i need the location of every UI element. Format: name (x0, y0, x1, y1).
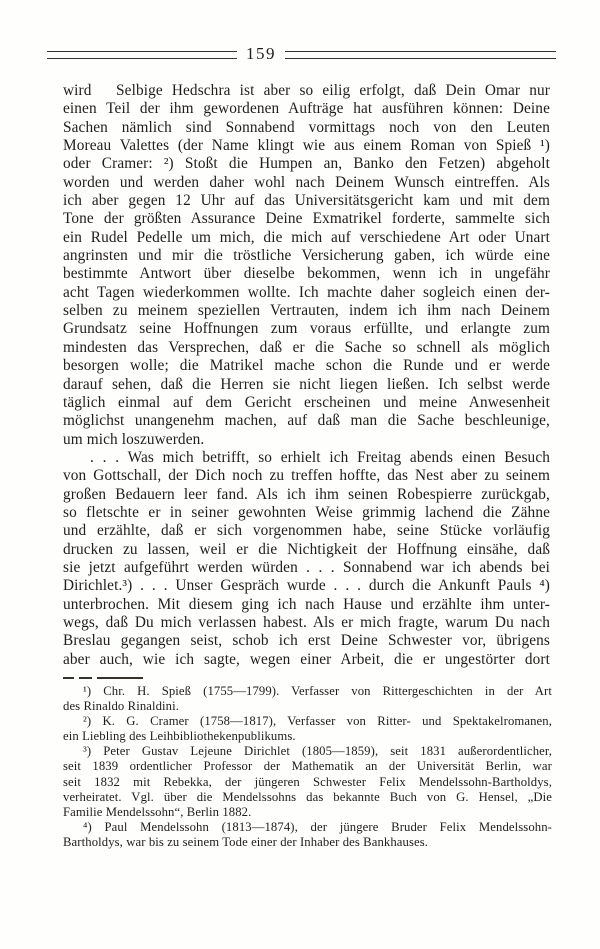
paragraph: ²) K. G. Cramer (1758—1817), Verfasser v… (63, 714, 552, 744)
text-line: ich aber gegen 12 Uhr auf das Universitä… (63, 192, 550, 210)
text-line: sie jetzt aufgeführt werden würden . . .… (63, 559, 550, 577)
text-line: bestimmte Antwort über dieselbe bekommen… (63, 265, 550, 283)
paragraph: ⁴) Paul Mendelssohn (1813—1874), der jün… (63, 820, 552, 850)
text-line: selben zu meinem speziellen Vertrauten, … (63, 302, 550, 320)
text-line: ²) K. G. Cramer (1758—1817), Verfasser v… (63, 714, 552, 729)
paragraph: wird Selbige Hedschra ist aber so eilig … (63, 82, 550, 449)
text-line: seit 1832 mit Rebekka, der jüngeren Schw… (63, 775, 552, 790)
footnote-separator (63, 677, 143, 679)
text-line: so fletschte er in seiner gewohnten Weis… (63, 504, 550, 522)
text-line: wird Selbige Hedschra ist aber so eilig … (63, 82, 550, 100)
paragraph: . . . Was mich betrifft, so erhielt ich … (63, 449, 550, 669)
text-line: oder Cramer: ²) Stoßt die Humpen an, Ban… (63, 155, 550, 173)
text-line: verheiratet. Vgl. über die Mendelssohns … (63, 790, 552, 805)
text-line: Bartholdys, war bis zu seinem Tode einer… (63, 835, 552, 850)
text-line: ein Liebling des Leihbibliothekenpubliku… (63, 729, 552, 744)
text-line: unterbrochen. Mit diesem ging ich nach H… (63, 596, 550, 614)
text-line: darauf sehen, daß die Herren sie nicht l… (63, 376, 550, 394)
header-rule-left (47, 51, 237, 59)
text-line: Sachen nämlich sind Sonnabend vormittags… (63, 119, 550, 137)
text-line: mindesten das Versprechen, daß er die Sa… (63, 339, 550, 357)
text-line: möglichst unangenehm machen, auf daß man… (63, 412, 550, 430)
text-line: besorgen wolle; die Matrikel mache schon… (63, 357, 550, 375)
book-page: 159 wird Selbige Hedschra ist aber so ei… (0, 0, 600, 949)
text-line: einen Teil der ihm gewordenen Aufträge h… (63, 100, 550, 118)
paragraph: ¹) Chr. H. Spieß (1755—1799). Verfasser … (63, 684, 552, 714)
text-line: aber auch, wie ich sagte, wegen einer Ar… (63, 651, 550, 669)
text-line: ⁴) Paul Mendelssohn (1813—1874), der jün… (63, 820, 552, 835)
text-line: großen Bedauern leer fand. Als ich ihm s… (63, 486, 550, 504)
text-line: täglich einmal auf dem Gericht erscheine… (63, 394, 550, 412)
letter-body-text: wird Selbige Hedschra ist aber so eilig … (63, 82, 550, 669)
text-line: und erzählte, daß er sich vorgenommen ha… (63, 522, 550, 540)
text-line: Tone der größten Assurance Deine Exmatri… (63, 210, 550, 228)
paragraph: ³) Peter Gustav Lejeune Dirichlet (1805—… (63, 744, 552, 819)
text-line: Dirichlet.³) . . . Unser Gespräch wurde … (63, 577, 550, 595)
text-line: worden und werden daher wohl nach Deinem… (63, 174, 550, 192)
text-line: ¹) Chr. H. Spieß (1755—1799). Verfasser … (63, 684, 552, 699)
page-header: 159 (47, 46, 556, 63)
text-line: Moreau Valettes (der Name klingt wie aus… (63, 137, 550, 155)
header-rule-right (285, 51, 556, 59)
text-line: ³) Peter Gustav Lejeune Dirichlet (1805—… (63, 744, 552, 759)
text-line: von Gottschall, der Dich noch zu treffen… (63, 467, 550, 485)
text-line: um mich loszuwerden. (63, 431, 550, 449)
text-line: ein Rudel Pedelle um mich, die mich auf … (63, 229, 550, 247)
text-line: . . . Was mich betrifft, so erhielt ich … (63, 449, 550, 467)
text-line: wegs, daß Du mich verlassen habest. Als … (63, 614, 550, 632)
text-line: angrinsten und mir die tröstliche Versic… (63, 247, 550, 265)
text-line: drucken zu lassen, weil er die Nichtigke… (63, 541, 550, 559)
text-line: des Rinaldo Rinaldini. (63, 699, 552, 714)
text-line: acht Tagen wiederkommen wollte. Ich mach… (63, 284, 550, 302)
text-line: Familie Mendelssohn“, Berlin 1882. (63, 805, 552, 820)
page-number: 159 (246, 45, 276, 62)
text-line: Breslau gegangen seist, schob ich erst D… (63, 632, 550, 650)
text-line: Grundsatz seine Hoffnungen zum voraus er… (63, 320, 550, 338)
text-line: seit 1839 ordentlicher Professor der Mat… (63, 759, 552, 774)
footnotes-section: ¹) Chr. H. Spieß (1755—1799). Verfasser … (63, 684, 552, 850)
